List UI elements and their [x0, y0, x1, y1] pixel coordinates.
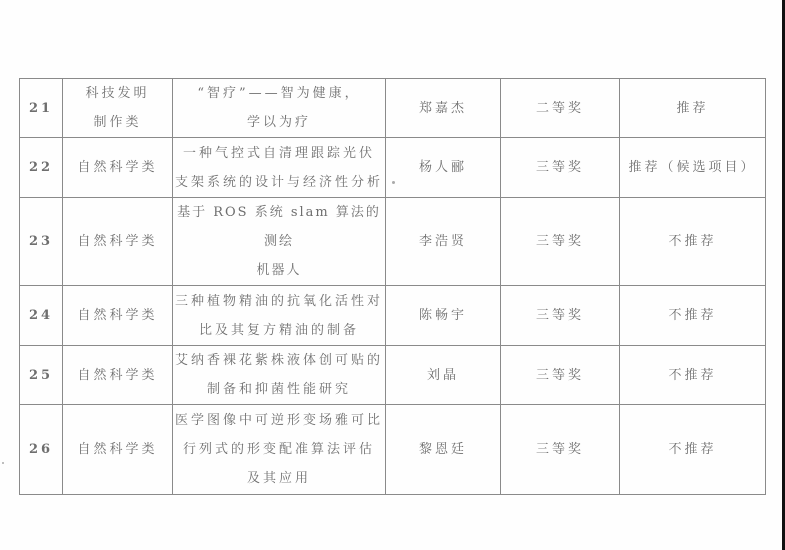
recommendation-cell: 推荐（候选项目）: [620, 138, 766, 198]
category-line: 自然科学类: [63, 435, 172, 464]
title-line: 支架系统的设计与经济性分析: [173, 168, 385, 197]
row-number: 23: [20, 198, 63, 286]
category-cell: 自然科学类: [63, 346, 173, 405]
row-number: 22: [20, 138, 63, 198]
award-cell: 二等奖: [501, 79, 620, 138]
project-title-cell: 医学图像中可逆形变场雅可比 行列式的形变配准算法评估 及其应用: [173, 405, 386, 495]
author-cell: 刘晶: [386, 346, 501, 405]
category-line: 自然科学类: [63, 301, 172, 330]
recommendation-cell: 推荐: [620, 79, 766, 138]
award-cell: 三等奖: [501, 286, 620, 346]
recommendation-cell: 不推荐: [620, 346, 766, 405]
scan-speck: [392, 181, 395, 184]
recommendation-cell: 不推荐: [620, 198, 766, 286]
title-line: 医学图像中可逆形变场雅可比: [173, 406, 385, 435]
table-row: 25 自然科学类 艾纳香裸花紫株液体创可贴的 制备和抑菌性能研究 刘晶 三等奖 …: [20, 346, 766, 405]
title-line: 制备和抑菌性能研究: [173, 375, 385, 404]
project-title-cell: 基于 ROS 系统 slam 算法的测绘 机器人: [173, 198, 386, 286]
table-row: 26 自然科学类 医学图像中可逆形变场雅可比 行列式的形变配准算法评估 及其应用…: [20, 405, 766, 495]
title-line: 艾纳香裸花紫株液体创可贴的: [173, 346, 385, 375]
author-cell: 郑嘉杰: [386, 79, 501, 138]
category-cell: 自然科学类: [63, 138, 173, 198]
category-line: 自然科学类: [63, 153, 172, 182]
category-cell: 科技发明 制作类: [63, 79, 173, 138]
title-line: 学以为疗: [173, 108, 385, 137]
title-line: 一种气控式自清理跟踪光伏: [173, 139, 385, 168]
award-cell: 三等奖: [501, 405, 620, 495]
scanned-document-page: 21 科技发明 制作类 “智疗”——智为健康， 学以为疗 郑嘉杰 二等奖 推荐 …: [0, 0, 785, 550]
table-row: 24 自然科学类 三种植物精油的抗氧化活性对 比及其复方精油的制备 陈畅宇 三等…: [20, 286, 766, 346]
category-cell: 自然科学类: [63, 198, 173, 286]
recommendation-cell: 不推荐: [620, 286, 766, 346]
author-cell: 李浩贤: [386, 198, 501, 286]
category-line: 科技发明: [63, 79, 172, 108]
title-line: 比及其复方精油的制备: [173, 316, 385, 345]
award-cell: 三等奖: [501, 346, 620, 405]
title-line: “智疗”——智为健康，: [173, 79, 385, 108]
award-cell: 三等奖: [501, 198, 620, 286]
scan-speck: [2, 462, 4, 464]
award-results-table: 21 科技发明 制作类 “智疗”——智为健康， 学以为疗 郑嘉杰 二等奖 推荐 …: [19, 78, 766, 495]
table-row: 21 科技发明 制作类 “智疗”——智为健康， 学以为疗 郑嘉杰 二等奖 推荐: [20, 79, 766, 138]
row-number: 24: [20, 286, 63, 346]
title-line: 及其应用: [173, 464, 385, 493]
table-row: 22 自然科学类 一种气控式自清理跟踪光伏 支架系统的设计与经济性分析 杨人郦 …: [20, 138, 766, 198]
title-line: 基于 ROS 系统 slam 算法的测绘: [173, 198, 385, 256]
category-line: 制作类: [63, 108, 172, 137]
category-cell: 自然科学类: [63, 286, 173, 346]
row-number: 26: [20, 405, 63, 495]
award-cell: 三等奖: [501, 138, 620, 198]
category-line: 自然科学类: [63, 361, 172, 390]
category-line: 自然科学类: [63, 227, 172, 256]
category-cell: 自然科学类: [63, 405, 173, 495]
title-line: 机器人: [173, 256, 385, 285]
project-title-cell: 艾纳香裸花紫株液体创可贴的 制备和抑菌性能研究: [173, 346, 386, 405]
project-title-cell: 一种气控式自清理跟踪光伏 支架系统的设计与经济性分析: [173, 138, 386, 198]
row-number: 25: [20, 346, 63, 405]
row-number: 21: [20, 79, 63, 138]
project-title-cell: “智疗”——智为健康， 学以为疗: [173, 79, 386, 138]
table-row: 23 自然科学类 基于 ROS 系统 slam 算法的测绘 机器人 李浩贤 三等…: [20, 198, 766, 286]
author-cell: 陈畅宇: [386, 286, 501, 346]
title-line: 行列式的形变配准算法评估: [173, 435, 385, 464]
recommendation-cell: 不推荐: [620, 405, 766, 495]
author-cell: 黎恩廷: [386, 405, 501, 495]
project-title-cell: 三种植物精油的抗氧化活性对 比及其复方精油的制备: [173, 286, 386, 346]
author-cell: 杨人郦: [386, 138, 501, 198]
title-line: 三种植物精油的抗氧化活性对: [173, 287, 385, 316]
